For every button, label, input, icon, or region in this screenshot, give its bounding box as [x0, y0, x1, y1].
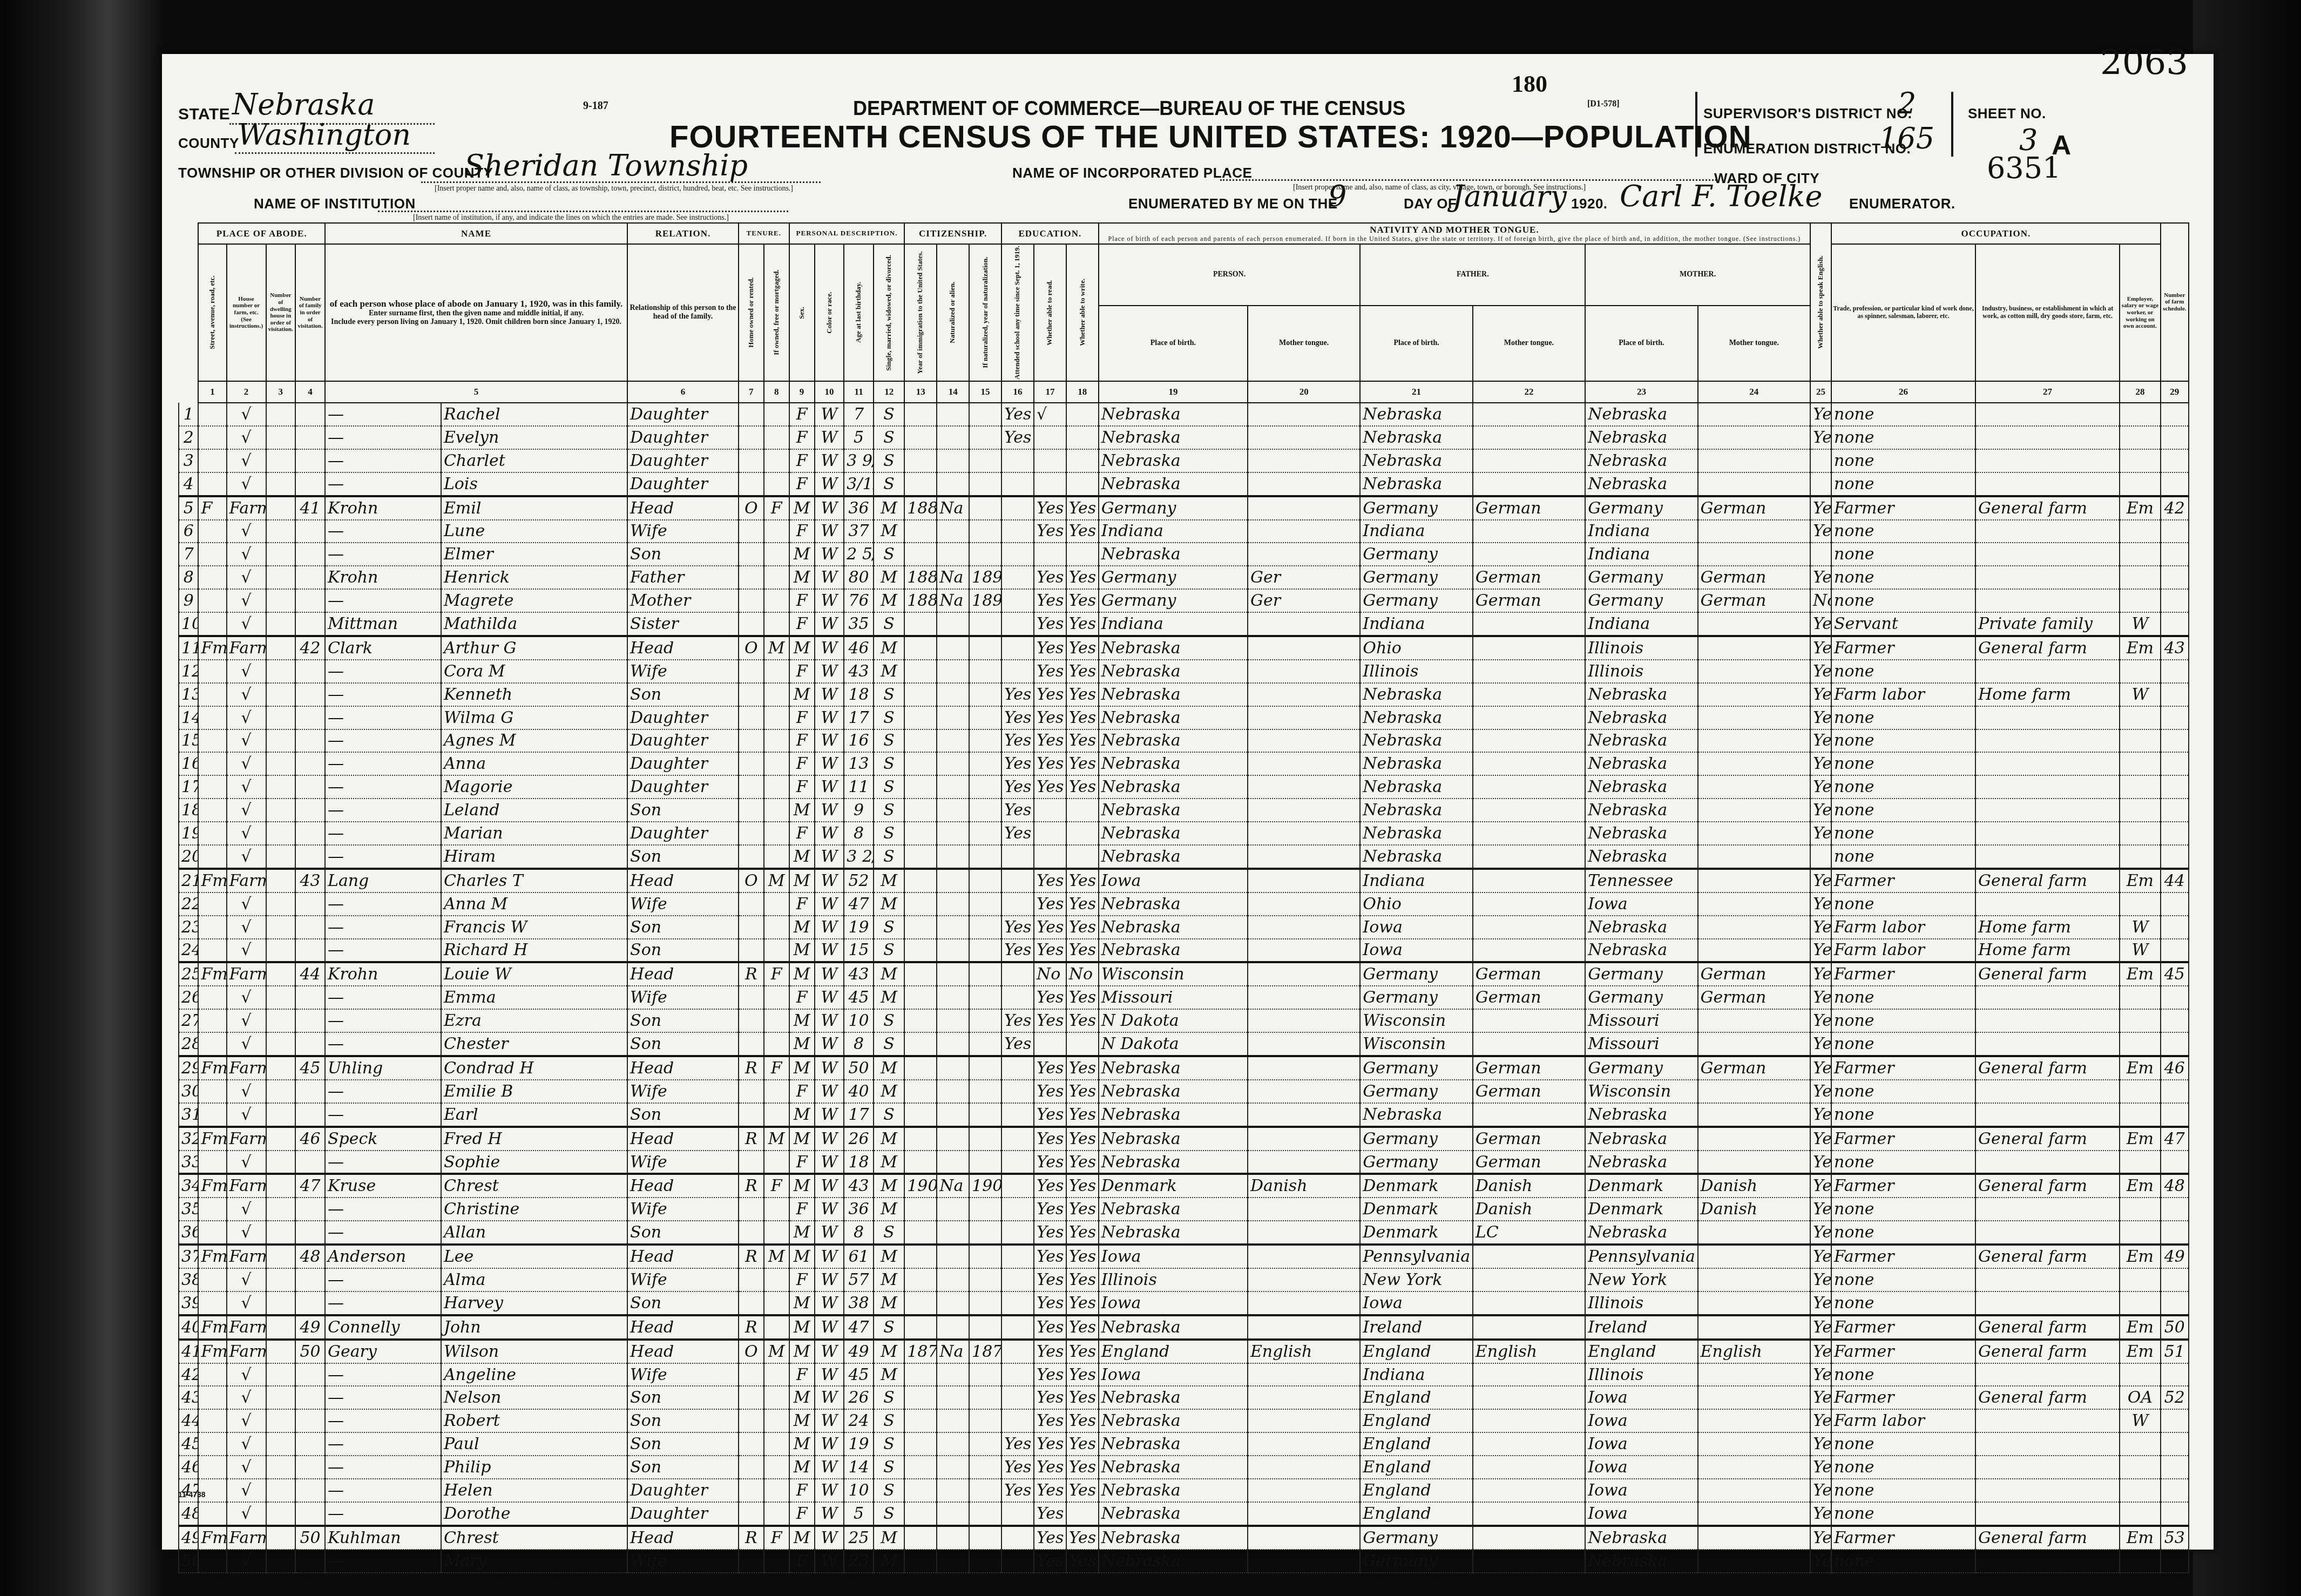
cell-read: Yes — [1034, 775, 1066, 799]
cell-farm — [2161, 520, 2189, 543]
cell-sex: F — [789, 729, 815, 753]
cell-english: Yes — [1810, 1456, 1831, 1479]
cell-natz — [937, 1409, 969, 1432]
cell-mother-tongue — [1698, 449, 1810, 472]
cell-natz-year: 1878 — [969, 1340, 1001, 1363]
cell-street — [198, 1456, 226, 1479]
cell-dwelling — [266, 1502, 296, 1526]
cell-relation: Son — [627, 1221, 739, 1245]
cell-natz-year — [969, 775, 1001, 799]
cell-house: Farm — [227, 962, 266, 986]
cell-relation: Head — [627, 636, 739, 660]
cell-relation: Wife — [627, 1198, 739, 1221]
cell-father-tongue — [1473, 892, 1585, 916]
cell-tongue: English — [1248, 1340, 1360, 1363]
cell-father-pob: Denmark — [1360, 1174, 1472, 1198]
cell-farm: 47 — [2161, 1127, 2189, 1151]
state-label: STATE — [178, 105, 230, 124]
cell-read — [1034, 822, 1066, 845]
cell-house: √ — [227, 589, 266, 612]
cell-marital: S — [874, 472, 904, 496]
col-num-27: 27 — [1975, 381, 2120, 403]
table-row: 5FFarm41KrohnEmilHeadOFMW36M1887NaYesYes… — [179, 496, 2189, 520]
cell-english: Yes — [1810, 962, 1831, 986]
cell-tongue — [1248, 1432, 1360, 1456]
cell-mother-pob: Indiana — [1585, 543, 1697, 566]
cell-relation: Son — [627, 1103, 739, 1127]
cell-house: √ — [227, 986, 266, 1009]
cell-home — [739, 660, 764, 683]
cell-line: 23 — [179, 916, 198, 939]
cell-mortgage — [764, 939, 789, 963]
cell-school — [1001, 472, 1034, 496]
cell-family — [295, 1009, 325, 1032]
cell-english: Yes — [1810, 1409, 1831, 1432]
cell-home — [739, 1409, 764, 1432]
cell-given: Sophie — [441, 1151, 627, 1174]
cell-home — [739, 1009, 764, 1032]
cell-father-pob: Nebraska — [1360, 472, 1472, 496]
cell-street — [198, 916, 226, 939]
cell-natz: Na — [937, 589, 969, 612]
cell-mortgage — [764, 1456, 789, 1479]
cell-home — [739, 1080, 764, 1103]
cell-natz-year — [969, 706, 1001, 729]
cell-write: Yes — [1066, 775, 1099, 799]
cell-english: Yes — [1810, 822, 1831, 845]
table-row: 30√—Emilie BWifeFW40MYesYesNebraskaGerma… — [179, 1080, 2189, 1103]
cell-mother-pob: Nebraska — [1585, 472, 1697, 496]
cell-street: Fm — [198, 1056, 226, 1080]
cell-school: Yes — [1001, 775, 1034, 799]
cell-school — [1001, 1056, 1034, 1080]
cell-surname: — — [325, 1456, 441, 1479]
cell-immig — [904, 1526, 937, 1550]
cell-mother-pob: Wisconsin — [1585, 1080, 1697, 1103]
cell-marital: S — [874, 449, 904, 472]
cell-natz — [937, 892, 969, 916]
cell-natz — [937, 520, 969, 543]
cell-mother-tongue — [1698, 822, 1810, 845]
cell-father-tongue — [1473, 775, 1585, 799]
cell-immig — [904, 962, 937, 986]
cell-natz — [937, 1363, 969, 1387]
cell-mother-pob: Iowa — [1585, 1479, 1697, 1502]
cell-read: Yes — [1034, 1363, 1066, 1387]
cell-tongue — [1248, 1080, 1360, 1103]
cell-age: 5 — [844, 1502, 874, 1526]
cell-line: 26 — [179, 986, 198, 1009]
cell-farm — [2161, 1479, 2189, 1502]
cell-write — [1066, 822, 1099, 845]
cell-natz — [937, 1127, 969, 1151]
cell-father-pob: Illinois — [1360, 660, 1472, 683]
cell-line: 18 — [179, 799, 198, 822]
cell-natz — [937, 1009, 969, 1032]
cell-mother-tongue — [1698, 916, 1810, 939]
cell-race: W — [815, 1221, 844, 1245]
col-5-header: of each person whose place of abode on J… — [325, 244, 627, 381]
cell-employer — [2120, 1151, 2161, 1174]
cell-tongue: Ger — [1248, 566, 1360, 589]
cell-surname: — — [325, 1479, 441, 1502]
cell-marital: M — [874, 566, 904, 589]
cell-relation: Wife — [627, 1363, 739, 1387]
cell-english: Yes — [1810, 1550, 1831, 1573]
col-29-header: Number of farm schedule. — [2161, 223, 2189, 381]
cell-sex: M — [789, 1009, 815, 1032]
cell-tongue — [1248, 1456, 1360, 1479]
cell-pob: Iowa — [1099, 869, 1248, 892]
cell-mother-tongue: German — [1698, 986, 1810, 1009]
cell-industry — [1975, 986, 2120, 1009]
cell-home: O — [739, 1340, 764, 1363]
cell-house: √ — [227, 520, 266, 543]
cell-write — [1066, 472, 1099, 496]
cell-english: Yes — [1810, 612, 1831, 636]
cell-marital: S — [874, 426, 904, 449]
cell-line: 20 — [179, 845, 198, 869]
cell-write: Yes — [1066, 1151, 1099, 1174]
cell-race: W — [815, 683, 844, 706]
cell-write — [1066, 1502, 1099, 1526]
cell-sex: F — [789, 660, 815, 683]
cell-house: √ — [227, 1432, 266, 1456]
cell-industry: General farm — [1975, 869, 2120, 892]
cell-age: 10 — [844, 1479, 874, 1502]
cell-family — [295, 986, 325, 1009]
cell-street — [198, 1032, 226, 1056]
cell-write: Yes — [1066, 706, 1099, 729]
cell-relation: Wife — [627, 1550, 739, 1573]
cell-house: √ — [227, 845, 266, 869]
table-row: 42√—AngelineWifeFW45MYesYesIowaIndianaIl… — [179, 1363, 2189, 1387]
cell-pob: Nebraska — [1099, 1103, 1248, 1127]
cell-tongue — [1248, 822, 1360, 845]
cell-natz — [937, 986, 969, 1009]
cell-write: Yes — [1066, 520, 1099, 543]
cell-immig — [904, 916, 937, 939]
cell-school — [1001, 892, 1034, 916]
cell-mother-tongue — [1698, 1432, 1810, 1456]
name-note-1: of each person whose place of abode on J… — [327, 299, 626, 309]
cell-school — [1001, 1198, 1034, 1221]
cell-age: 3 9/12 — [844, 449, 874, 472]
cell-relation: Son — [627, 1456, 739, 1479]
cell-tongue — [1248, 403, 1360, 426]
cell-mortgage — [764, 1198, 789, 1221]
cell-industry — [1975, 1363, 2120, 1387]
cell-relation: Wife — [627, 660, 739, 683]
cell-age: 16 — [844, 729, 874, 753]
cell-race: W — [815, 986, 844, 1009]
col-15-header: If naturalized, year of naturalization. — [969, 244, 1001, 381]
cell-family — [295, 612, 325, 636]
cell-tongue — [1248, 1009, 1360, 1032]
col-num-14: 14 — [937, 381, 969, 403]
cell-age: 7 — [844, 403, 874, 426]
cell-home — [739, 1032, 764, 1056]
cell-mother-tongue — [1698, 1103, 1810, 1127]
cell-employer — [2120, 1221, 2161, 1245]
cell-employer: Em — [2120, 1315, 2161, 1340]
cell-given: Mathilda — [441, 612, 627, 636]
cell-line: 11 — [179, 636, 198, 660]
cell-line: 22 — [179, 892, 198, 916]
cell-father-pob: England — [1360, 1409, 1472, 1432]
cell-relation: Daughter — [627, 706, 739, 729]
cell-immig — [904, 1291, 937, 1315]
cell-family — [295, 543, 325, 566]
cell-pob: Nebraska — [1099, 939, 1248, 963]
cell-immig — [904, 1032, 937, 1056]
cell-farm: 46 — [2161, 1056, 2189, 1080]
cell-natz-year — [969, 449, 1001, 472]
cell-natz-year — [969, 683, 1001, 706]
cell-employer: Em — [2120, 1127, 2161, 1151]
cell-farm — [2161, 1151, 2189, 1174]
cell-family — [295, 1550, 325, 1573]
cell-home — [739, 403, 764, 426]
cell-dwelling — [266, 426, 296, 449]
cell-father-tongue — [1473, 1550, 1585, 1573]
col-num-8: 8 — [764, 381, 789, 403]
cell-given: Marian — [441, 822, 627, 845]
cell-mother-tongue — [1698, 543, 1810, 566]
cell-farm: 51 — [2161, 1340, 2189, 1363]
col-16-header: Attended school any time since Sept. 1, … — [1001, 244, 1034, 381]
cell-trade: none — [1831, 1103, 1975, 1127]
cell-mortgage — [764, 1479, 789, 1502]
cell-line: 15 — [179, 729, 198, 753]
cell-industry — [1975, 1409, 2120, 1432]
cell-surname: — — [325, 589, 441, 612]
cell-school — [1001, 1291, 1034, 1315]
cell-relation: Father — [627, 566, 739, 589]
cell-father-pob: Germany — [1360, 1056, 1472, 1080]
cell-mortgage — [764, 892, 789, 916]
table-row: 16√—AnnaDaughterFW13SYesYesYesNebraskaNe… — [179, 752, 2189, 775]
cell-surname: — — [325, 1386, 441, 1409]
cell-immig: 1876 — [904, 1340, 937, 1363]
cell-trade: none — [1831, 472, 1975, 496]
cell-mortgage — [764, 752, 789, 775]
cell-write: Yes — [1066, 986, 1099, 1009]
cell-surname: Krohn — [325, 962, 441, 986]
cell-immig — [904, 472, 937, 496]
cell-industry — [1975, 1502, 2120, 1526]
cell-trade: none — [1831, 892, 1975, 916]
cell-industry: General farm — [1975, 1526, 2120, 1550]
cell-pob: N Dakota — [1099, 1032, 1248, 1056]
table-row: 45√—PaulSonMW19SYesYesYesNebraskaEngland… — [179, 1432, 2189, 1456]
cell-marital: M — [874, 496, 904, 520]
cell-immig — [904, 520, 937, 543]
cell-father-pob: Nebraska — [1360, 775, 1472, 799]
cell-race: W — [815, 636, 844, 660]
cell-mother-pob: Nebraska — [1585, 752, 1697, 775]
cell-father-tongue — [1473, 660, 1585, 683]
cell-read: Yes — [1034, 1103, 1066, 1127]
cell-house: √ — [227, 822, 266, 845]
cell-line: 37 — [179, 1245, 198, 1268]
cell-trade: none — [1831, 845, 1975, 869]
cell-dwelling — [266, 683, 296, 706]
cell-read: Yes — [1034, 589, 1066, 612]
cell-english: Yes — [1810, 1221, 1831, 1245]
cell-tongue — [1248, 1550, 1360, 1573]
col-25-header: Whether able to speak English. — [1810, 223, 1831, 381]
cell-dwelling — [266, 1174, 296, 1198]
cell-house: √ — [227, 403, 266, 426]
cell-immig — [904, 752, 937, 775]
cell-home — [739, 775, 764, 799]
cell-house: √ — [227, 1221, 266, 1245]
cell-english: Yes — [1810, 1032, 1831, 1056]
cell-sex: F — [789, 1080, 815, 1103]
institution-line — [378, 211, 788, 212]
cell-dwelling — [266, 939, 296, 963]
cell-home — [739, 1103, 764, 1127]
cell-line: 16 — [179, 752, 198, 775]
cell-farm — [2161, 1456, 2189, 1479]
cell-industry: General farm — [1975, 636, 2120, 660]
cell-surname: Clark — [325, 636, 441, 660]
cell-race: W — [815, 612, 844, 636]
cell-english: Yes — [1810, 869, 1831, 892]
cell-read: Yes — [1034, 1526, 1066, 1550]
cell-sex: M — [789, 1432, 815, 1456]
cell-english: Yes — [1810, 1502, 1831, 1526]
cell-mother-tongue — [1698, 1363, 1810, 1387]
cell-school — [1001, 1245, 1034, 1268]
cell-english: Yes — [1810, 1340, 1831, 1363]
cell-house: √ — [227, 916, 266, 939]
cell-employer: Em — [2120, 1174, 2161, 1198]
cell-mortgage — [764, 799, 789, 822]
cell-father-pob: Germany — [1360, 566, 1472, 589]
cell-relation: Wife — [627, 1268, 739, 1291]
cell-street — [198, 566, 226, 589]
cell-house: Farm — [227, 1315, 266, 1340]
cell-school — [1001, 636, 1034, 660]
cell-tongue — [1248, 1103, 1360, 1127]
cell-surname: — — [325, 1363, 441, 1387]
cell-father-pob: Ireland — [1360, 1315, 1472, 1340]
cell-father-tongue — [1473, 1363, 1585, 1387]
cell-mortgage — [764, 1151, 789, 1174]
cell-line: 21 — [179, 869, 198, 892]
cell-read: Yes — [1034, 916, 1066, 939]
cell-line: 50 — [179, 1550, 198, 1573]
cell-line: 33 — [179, 1151, 198, 1174]
cell-natz — [937, 403, 969, 426]
cell-home — [739, 1221, 764, 1245]
cell-father-pob: Denmark — [1360, 1221, 1472, 1245]
cell-school — [1001, 1502, 1034, 1526]
table-row: 40FmFarm49ConnellyJohnHeadRMW47SYesYesNe… — [179, 1315, 2189, 1340]
cell-write: Yes — [1066, 1268, 1099, 1291]
supervisor-district-label: SUPERVISOR'S DISTRICT NO. — [1703, 105, 1912, 122]
cell-father-tongue — [1473, 822, 1585, 845]
cell-home — [739, 472, 764, 496]
cell-given: Lee — [441, 1245, 627, 1268]
cell-school: Yes — [1001, 403, 1034, 426]
col-num-5: 5 — [325, 381, 627, 403]
cell-given: Allan — [441, 1221, 627, 1245]
col-num-24: 24 — [1698, 381, 1810, 403]
cell-house: √ — [227, 775, 266, 799]
ward-label: WARD OF CITY — [1714, 170, 1819, 187]
cell-natz — [937, 1550, 969, 1573]
cell-house: √ — [227, 1268, 266, 1291]
cell-immig — [904, 845, 937, 869]
cell-natz-year — [969, 939, 1001, 963]
col-14-header: Naturalized or alien. — [937, 244, 969, 381]
col-num-23: 23 — [1585, 381, 1697, 403]
cell-farm — [2161, 403, 2189, 426]
cell-family — [295, 822, 325, 845]
cell-immig — [904, 1409, 937, 1432]
cell-mother-tongue — [1698, 636, 1810, 660]
cell-home — [739, 1432, 764, 1456]
cell-farm — [2161, 472, 2189, 496]
cell-farm — [2161, 939, 2189, 963]
cell-natz-year — [969, 520, 1001, 543]
cell-marital: M — [874, 1340, 904, 1363]
group-tenure: TENURE. — [739, 223, 789, 244]
cell-father-pob: Indiana — [1360, 869, 1472, 892]
cell-surname: — — [325, 1268, 441, 1291]
cell-immig — [904, 543, 937, 566]
cell-relation: Head — [627, 1174, 739, 1198]
cell-sex: F — [789, 1502, 815, 1526]
cell-street: Fm — [198, 869, 226, 892]
cell-father-tongue — [1473, 939, 1585, 963]
cell-mother-tongue — [1698, 845, 1810, 869]
cell-given: Ezra — [441, 1009, 627, 1032]
cell-employer: W — [2120, 1409, 2161, 1432]
cell-father-tongue — [1473, 1409, 1585, 1432]
cell-write: Yes — [1066, 1127, 1099, 1151]
cell-employer — [2120, 1502, 2161, 1526]
cell-sex: M — [789, 1221, 815, 1245]
cell-home — [739, 543, 764, 566]
cell-relation: Son — [627, 845, 739, 869]
cell-natz-year — [969, 1245, 1001, 1268]
cell-mother-pob: Nebraska — [1585, 775, 1697, 799]
group-occupation: OCCUPATION. — [1831, 223, 2161, 244]
col-11-header: Age at last birthday. — [844, 244, 874, 381]
cell-mother-pob: Nebraska — [1585, 1103, 1697, 1127]
cell-natz — [937, 1151, 969, 1174]
cell-write: Yes — [1066, 496, 1099, 520]
cell-race: W — [815, 799, 844, 822]
cell-industry: General farm — [1975, 1056, 2120, 1080]
cell-age: 61 — [844, 1245, 874, 1268]
cell-tongue — [1248, 939, 1360, 963]
cell-street — [198, 449, 226, 472]
cell-tongue: Ger — [1248, 589, 1360, 612]
cell-father-pob: Denmark — [1360, 1198, 1472, 1221]
cell-english — [1810, 449, 1831, 472]
cell-read: Yes — [1034, 1386, 1066, 1409]
cell-employer — [2120, 1268, 2161, 1291]
cell-relation: Son — [627, 1009, 739, 1032]
group-name: NAME — [325, 223, 627, 244]
township-hint: [Insert proper name and, also, name of c… — [435, 185, 793, 193]
cell-given: Magorie — [441, 775, 627, 799]
